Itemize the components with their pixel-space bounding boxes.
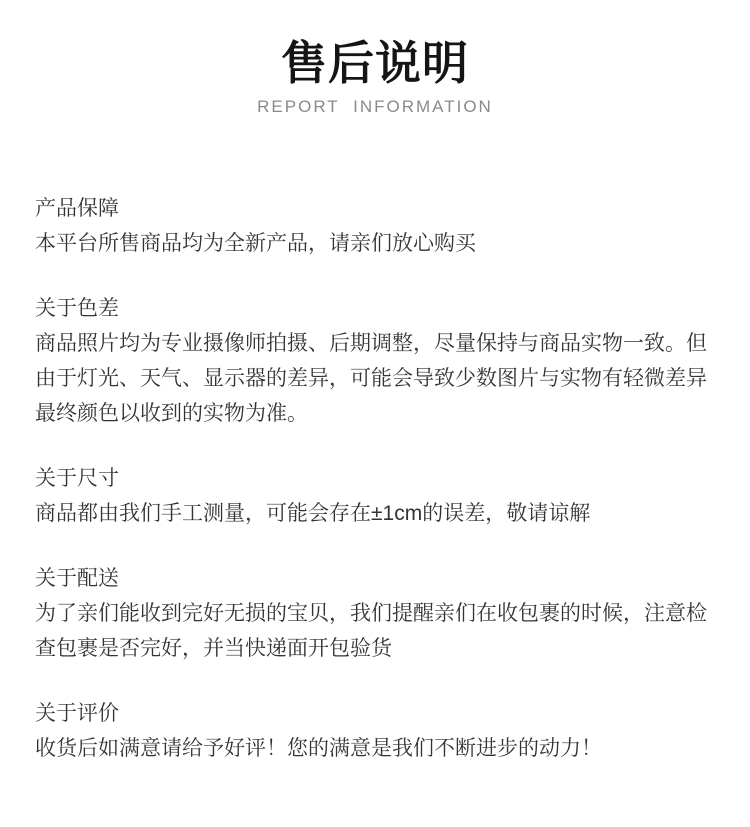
section-heading: 关于尺寸 bbox=[35, 461, 715, 496]
section-heading: 产品保障 bbox=[35, 191, 715, 226]
info-section: 关于配送 为了亲们能收到完好无损的宝贝，我们提醒亲们在收包裹的时候，注意检查包裹… bbox=[35, 561, 715, 666]
section-body: 收货后如满意请给予好评！您的满意是我们不断进步的动力！ bbox=[35, 731, 715, 766]
section-body: 商品都由我们手工测量，可能会存在±1cm的误差，敬请谅解 bbox=[35, 496, 715, 531]
section-body: 为了亲们能收到完好无损的宝贝，我们提醒亲们在收包裹的时候，注意检查包裹是否完好，… bbox=[35, 596, 715, 666]
section-heading: 关于配送 bbox=[35, 561, 715, 596]
sections-container: 产品保障 本平台所售商品均为全新产品，请亲们放心购买 关于色差 商品照片均为专业… bbox=[0, 191, 750, 766]
section-body: 本平台所售商品均为全新产品，请亲们放心购买 bbox=[35, 226, 715, 261]
info-section: 关于尺寸 商品都由我们手工测量，可能会存在±1cm的误差，敬请谅解 bbox=[35, 461, 715, 531]
section-heading: 关于色差 bbox=[35, 291, 715, 326]
info-section: 产品保障 本平台所售商品均为全新产品，请亲们放心购买 bbox=[35, 191, 715, 261]
page-title: 售后说明 bbox=[0, 34, 750, 93]
after-sales-info-page: 售后说明 REPORT INFORMATION 产品保障 本平台所售商品均为全新… bbox=[0, 0, 750, 827]
page-subtitle: REPORT INFORMATION bbox=[0, 95, 750, 119]
section-body: 商品照片均为专业摄像师拍摄、后期调整，尽量保持与商品实物一致。但由于灯光、天气、… bbox=[35, 326, 715, 431]
info-section: 关于色差 商品照片均为专业摄像师拍摄、后期调整，尽量保持与商品实物一致。但由于灯… bbox=[35, 291, 715, 431]
page-header: 售后说明 REPORT INFORMATION bbox=[0, 0, 750, 119]
info-section: 关于评价 收货后如满意请给予好评！您的满意是我们不断进步的动力！ bbox=[35, 696, 715, 766]
section-heading: 关于评价 bbox=[35, 696, 715, 731]
